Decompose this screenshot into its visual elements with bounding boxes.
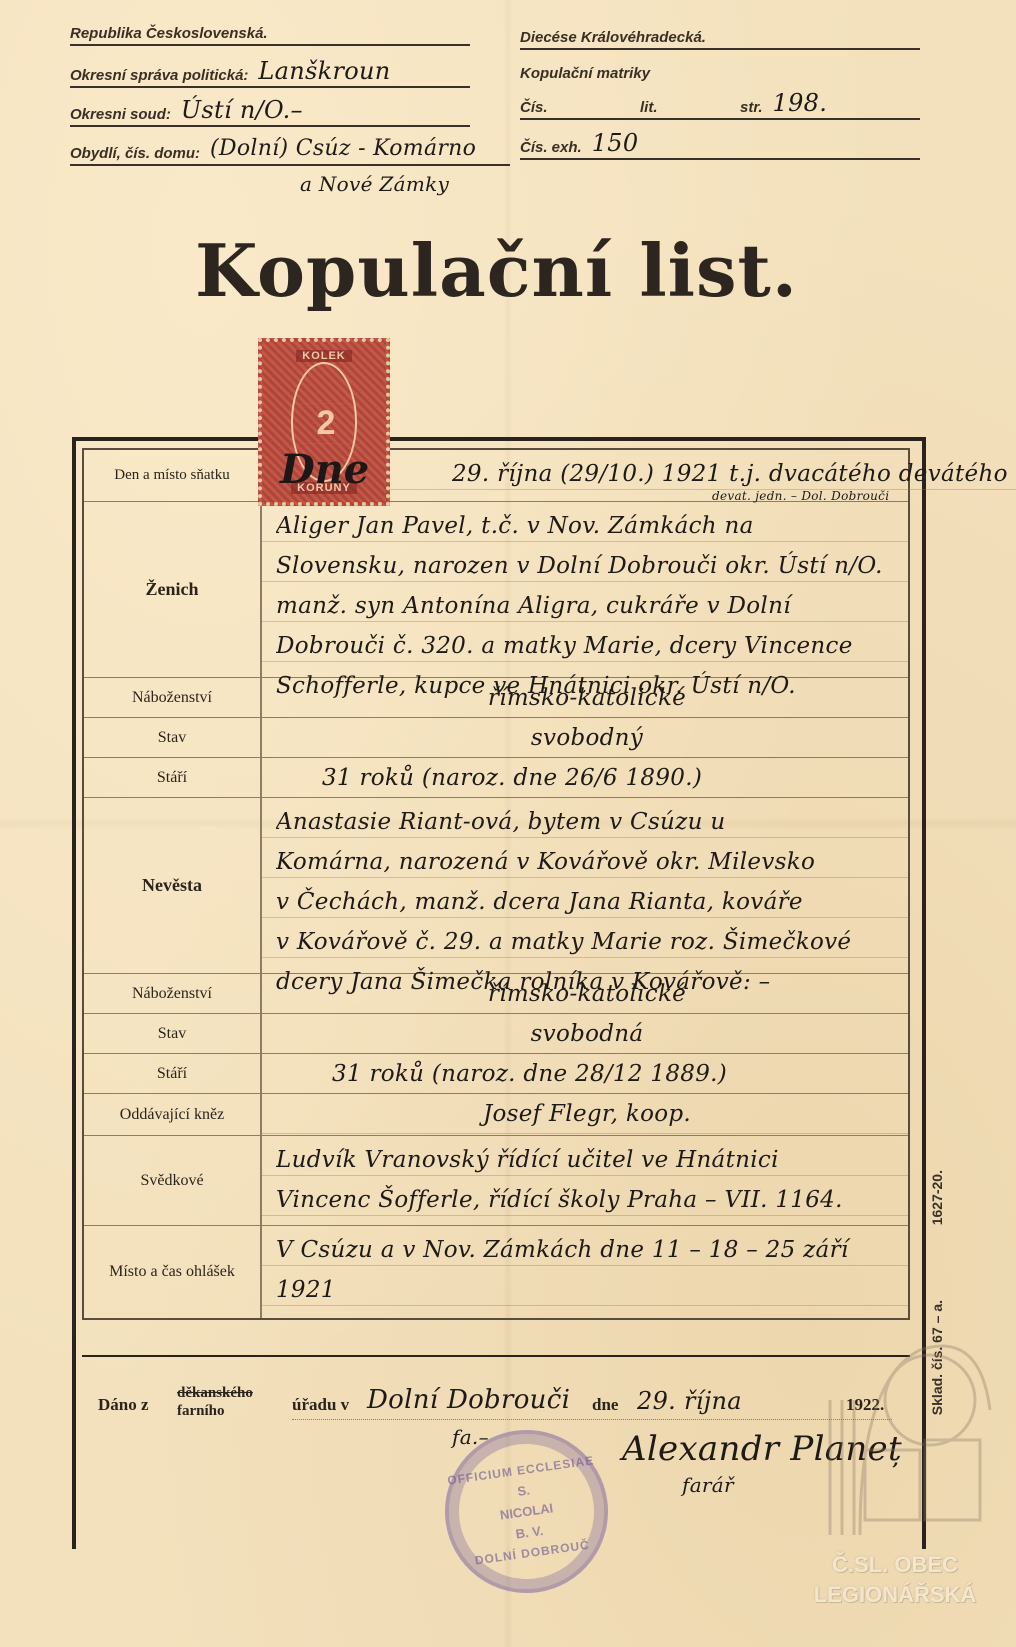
value-line: v Čechách, manž. dcera Jana Rianta, ková… <box>276 882 898 922</box>
table-row-groom: Ženich Aliger Jan Pavel, t.č. v Nov. Zám… <box>84 502 908 678</box>
cis-label: Čís. <box>520 99 630 116</box>
value-line: V Csúzu a v Nov. Zámkách dne 11 – 18 – 2… <box>276 1230 898 1270</box>
value-line: 1921 <box>276 1270 898 1310</box>
signature: Alexandr Planeț <box>622 1429 902 1469</box>
row-label: Stav <box>84 718 262 757</box>
table-row-groom-status: Stav svobodný <box>84 718 908 758</box>
row-label: Nevěsta <box>84 798 262 973</box>
table-row-bride-status: Stav svobodná <box>84 1014 908 1054</box>
row-value: římsko-katolické <box>262 974 908 1013</box>
table-row-officiant: Oddávající kněz Josef Flegr, koop. <box>84 1094 908 1136</box>
district-office-value: Lanškroun <box>258 58 390 84</box>
row-value: Aliger Jan Pavel, t.č. v Nov. Zámkách na… <box>262 502 908 677</box>
row-value: Josef Flegr, koop. <box>262 1094 908 1135</box>
table-row-witnesses: Svědkové Ludvík Vranovský řídící učitel … <box>84 1136 908 1226</box>
register-number-line: Čís. lit. str. 198. <box>520 88 920 120</box>
row-label: Oddávající kněz <box>84 1094 262 1135</box>
row-value: V Csúzu a v Nov. Zámkách dne 11 – 18 – 2… <box>262 1226 908 1318</box>
row-value: svobodný <box>262 718 908 757</box>
value-line: Slovensku, narozen v Dolní Dobrouči okr.… <box>276 546 898 586</box>
row-value: svobodná <box>262 1014 908 1053</box>
court-value: Ústí n/O.– <box>181 97 303 123</box>
row-label: Stav <box>84 1014 262 1053</box>
republic-label: Republika Československá. <box>70 25 268 42</box>
row-label: Stáří <box>84 758 262 797</box>
watermark-text: Č.SL. OBEC LEGIONÁŘSKÁ <box>790 1550 1000 1610</box>
diocese-line: Diecése Královéhradecká. <box>520 18 920 50</box>
value-line: manž. syn Antonína Aligra, cukráře v Dol… <box>276 586 898 626</box>
row-label: Náboženství <box>84 678 262 717</box>
stamp-top-text: KOLEK <box>296 350 352 362</box>
warehouse-number: Sklad. čís. 67 – a. <box>929 1300 945 1415</box>
watermark-line-1: Č.SL. OBEC <box>790 1550 1000 1580</box>
diocese-label: Diecése Královéhradecká. <box>520 29 706 46</box>
value-line: v Kovářově č. 29. a matky Marie roz. Šim… <box>276 922 898 962</box>
value-line: Vincenc Šofferle, řídící školy Praha – V… <box>276 1180 898 1220</box>
seal-text-2: NICOLAI <box>499 1500 554 1522</box>
row-value: Ludvík Vranovský řídící učitel ve Hnátni… <box>262 1136 908 1225</box>
office-type-parish: farního <box>177 1403 225 1420</box>
court-label: Okresni soud: <box>70 106 171 123</box>
given-from-label: Dáno z <box>98 1395 149 1415</box>
table-row-bride-religion: Náboženství římsko-katolické <box>84 974 908 1014</box>
table-row-date-place: Den a místo sňatku 29. října (29/10.) 19… <box>84 450 908 502</box>
district-office-label: Okresní správa politická: <box>70 67 248 84</box>
residence-value-2: a Nové Zámky <box>300 172 449 196</box>
date-label: dne <box>592 1395 618 1415</box>
row-label: Místo a čas ohlášek <box>84 1226 262 1318</box>
place-value: Dolní Dobrouči <box>367 1385 570 1415</box>
watermark-line-2: LEGIONÁŘSKÁ <box>790 1580 1000 1610</box>
row-label: Ženich <box>84 502 262 677</box>
value-line: svobodný <box>276 718 898 758</box>
office-label: úřadu v <box>292 1395 349 1415</box>
exh-value: 150 <box>592 130 639 156</box>
row-label: Svědkové <box>84 1136 262 1225</box>
table-row-groom-religion: Náboženství římsko-katolické <box>84 678 908 718</box>
office-type-deanery: děkanského <box>177 1385 253 1402</box>
signature-title: farář <box>682 1473 734 1497</box>
document-title: Kopulační list. <box>195 228 798 313</box>
value-line: Ludvík Vranovský řídící učitel ve Hnátni… <box>276 1140 898 1180</box>
value-line: Komárna, narozená v Kovářově okr. Milevs… <box>276 842 898 882</box>
value-line: Josef Flegr, koop. <box>276 1094 898 1134</box>
record-table: Den a místo sňatku 29. října (29/10.) 19… <box>82 448 910 1320</box>
date-value: 29. října <box>637 1387 742 1415</box>
row-value: Anastasie Riant-ová, bytem v Csúzu u Kom… <box>262 798 908 973</box>
row-label: Náboženství <box>84 974 262 1013</box>
republic-line: Republika Československá. <box>70 14 470 46</box>
row-value: 31 roků (naroz. dne 28/12 1889.) <box>262 1054 908 1093</box>
value-line: 29. října (29/10.) 1921 t.j. dvacátého d… <box>452 454 1016 494</box>
value-line: Aliger Jan Pavel, t.č. v Nov. Zámkách na <box>276 506 898 546</box>
table-row-banns: Místo a čas ohlášek V Csúzu a v Nov. Zám… <box>84 1226 908 1318</box>
row-label: Stáří <box>84 1054 262 1093</box>
seal-text-3: B. V. <box>515 1523 545 1542</box>
value-line: 31 roků (naroz. dne 26/6 1890.) <box>322 758 898 798</box>
residence-line: Obydlí, čís. domu: (Dolní) Csúz - Komárn… <box>70 134 510 166</box>
value-line: Dobrouči č. 320. a matky Marie, dcery Vi… <box>276 626 898 666</box>
row-value: římsko-katolické <box>262 678 908 717</box>
exh-label: Čís. exh. <box>520 139 582 156</box>
seal-bottom-text: DOLNÍ DOBROUČ <box>474 1538 590 1568</box>
table-row-groom-age: Stáří 31 roků (naroz. dne 26/6 1890.) <box>84 758 908 798</box>
value-line: svobodná <box>276 1014 898 1054</box>
lit-label: lit. <box>640 99 730 116</box>
row-label: Den a místo sňatku <box>84 450 262 501</box>
residence-label: Obydlí, čís. domu: <box>70 145 200 162</box>
form-number: 1627-20. <box>929 1170 945 1225</box>
value-line: římsko-katolické <box>276 974 898 1014</box>
str-value: 198. <box>773 90 828 116</box>
table-row-bride: Nevěsta Anastasie Riant-ová, bytem v Csú… <box>84 798 908 974</box>
str-label: str. <box>740 99 763 116</box>
side-print: 1627-20. Sklad. čís. 67 – a. <box>925 1170 955 1490</box>
value-line: římsko-katolické <box>276 678 898 718</box>
table-row-bride-age: Stáří 31 roků (naroz. dne 28/12 1889.) <box>84 1054 908 1094</box>
stamp-overwrite: Dne <box>280 446 369 493</box>
year-value: 1922. <box>846 1395 884 1415</box>
value-line: 31 roků (naroz. dne 28/12 1889.) <box>332 1054 898 1094</box>
district-office-line: Okresní správa politická: Lanškroun <box>70 56 470 88</box>
row-value: 31 roků (naroz. dne 26/6 1890.) <box>262 758 908 797</box>
register-label: Kopulační matriky <box>520 65 650 82</box>
exh-line: Čís. exh. 150 <box>520 128 920 160</box>
value-line: Anastasie Riant-ová, bytem v Csúzu u <box>276 802 898 842</box>
footer-dotted-line <box>292 1419 892 1420</box>
court-line: Okresni soud: Ústí n/O.– <box>70 95 470 127</box>
seal-text-1: S. <box>516 1482 530 1499</box>
residence-value: (Dolní) Csúz - Komárno <box>210 136 476 162</box>
revenue-stamp: KOLEK 2 KORUNY Dne <box>258 338 390 506</box>
